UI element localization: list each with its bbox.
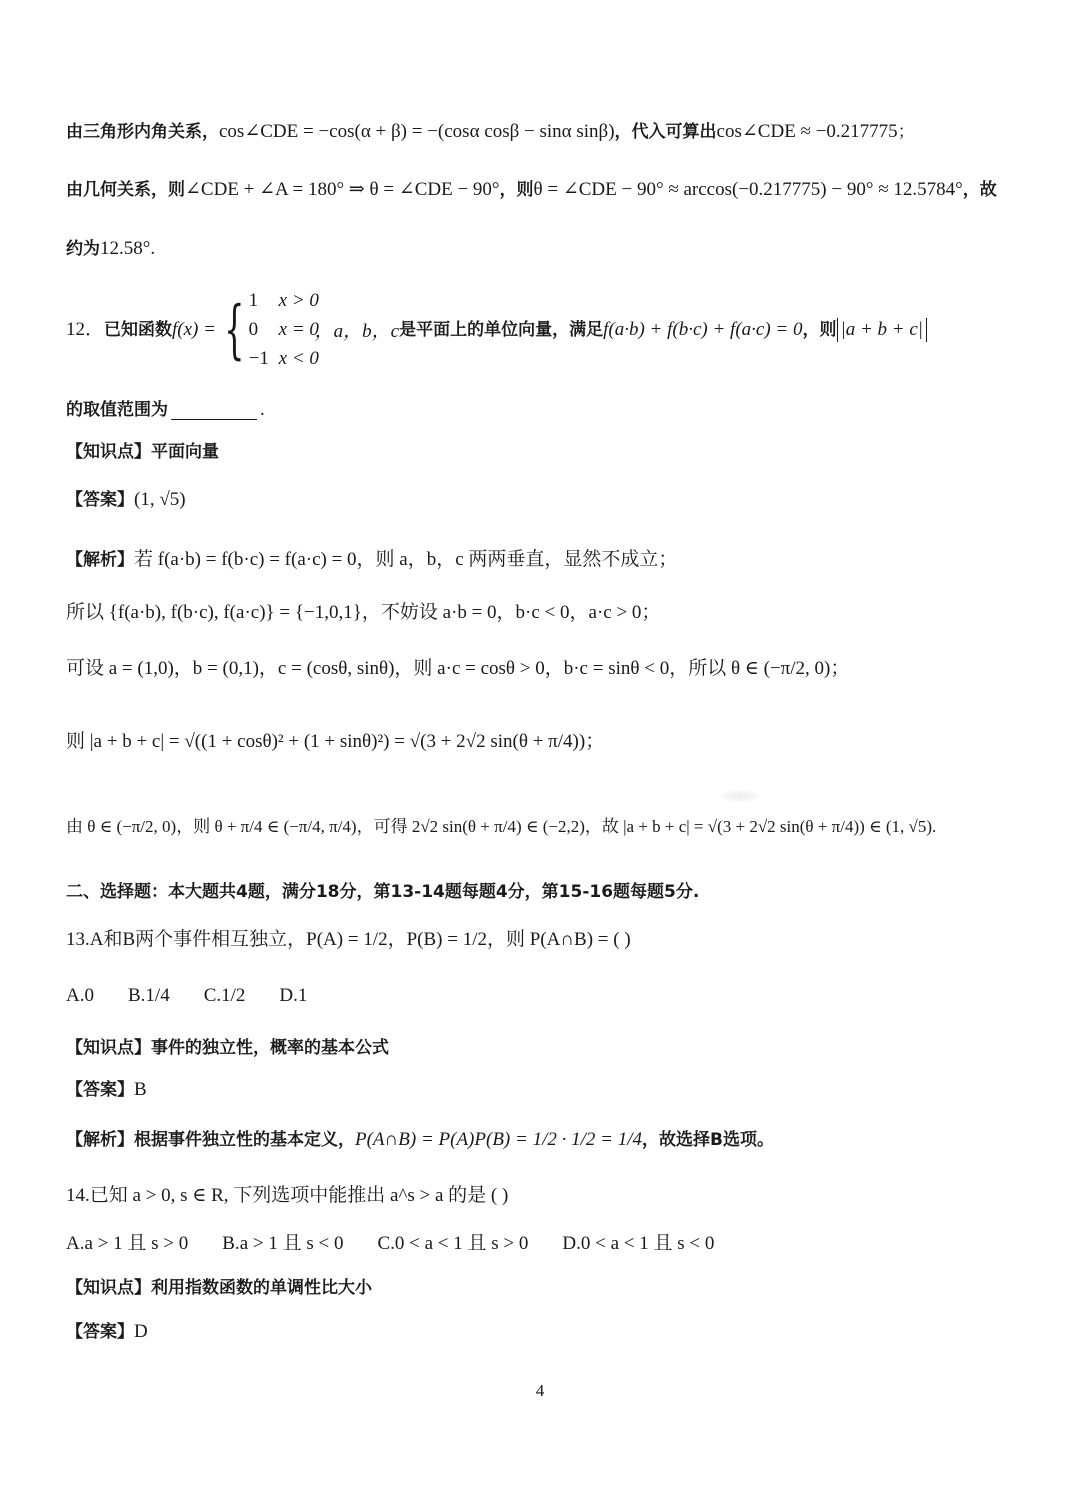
option-label: A. [66, 984, 84, 1008]
q12-answer: 【答案】 (1, √5) [66, 488, 186, 512]
answer-value: (1, √5) [134, 488, 186, 512]
option-label: D. [279, 984, 297, 1008]
formula: cos∠CDE ≈ −0.217775 [717, 120, 898, 144]
q13-answer: 【答案】 B [66, 1078, 147, 1102]
option-label: D. [562, 1232, 580, 1256]
q14-knowledge: 【知识点】 利用指数函数的单调性比大小 [66, 1276, 372, 1300]
question-text: 已知 a > 0, s ∈ R, 下列选项中能推出 a^s > a 的是 ( ) [90, 1184, 509, 1208]
option-value: 0 [84, 984, 94, 1008]
case-value: −1 [249, 347, 279, 371]
analysis-text: 可设 a = (1,0)，b = (0,1)，c = (cosθ, sinθ)，… [66, 657, 849, 681]
answer-blank [171, 401, 257, 420]
prev-solution-line-2: 由几何关系，则 ∠CDE + ∠A = 180° ⇒ θ = ∠CDE − 90… [66, 178, 997, 202]
option-value: 0 < a < 1 且 s > 0 [395, 1232, 528, 1256]
scan-smudge [720, 790, 760, 802]
formula: f(a·b) + f(b·c) + f(a·c) = 0 [603, 318, 802, 342]
option-value: 0 < a < 1 且 s < 0 [581, 1232, 714, 1256]
q12-analysis-5: 由 θ ∈ (−π/2, 0)，则 θ + π/4 ∈ (−π/4, π/4)，… [66, 815, 936, 839]
q12-knowledge: 【知识点】 平面向量 [66, 440, 219, 464]
question-number: 13. [66, 928, 90, 952]
question-text: A和B两个事件相互独立，P(A) = 1/2，P(B) = 1/2，则 P(A∩… [90, 928, 631, 952]
text: 已知函数 [104, 318, 172, 342]
answer-value: D [134, 1320, 148, 1344]
option-d: D.1 [279, 984, 307, 1008]
option-value: 1/4 [145, 984, 169, 1008]
prev-solution-line-1: 由三角形内角关系， cos∠CDE = −cos(α + β) = −(cosα… [66, 120, 915, 144]
formula: P(A∩B) = P(A)P(B) = 1/2 · 1/2 = 1/4 [355, 1128, 642, 1152]
q12-analysis-1: 【解析】 若 f(a·b) = f(b·c) = f(a·c) = 0，则 a，… [66, 548, 677, 572]
text: . [260, 398, 265, 422]
q12-analysis-2: 所以 {f(a·b), f(b·c), f(a·c)} = {−1,0,1}，不… [66, 601, 660, 625]
option-d: D.0 < a < 1 且 s < 0 [562, 1232, 714, 1256]
prev-solution-line-3: 约为 12.58° . [66, 237, 155, 261]
option-value: 1 [298, 984, 308, 1008]
case-value: 1 [249, 289, 279, 313]
text: . [150, 237, 155, 261]
analysis-text: 若 f(a·b) = f(b·c) = f(a·c) = 0，则 a，b，c 两… [134, 548, 677, 572]
formula: θ = ∠CDE − 90° ≈ arccos(−0.217775) − 90°… [534, 178, 963, 202]
text: 约为 [66, 237, 100, 261]
label: 【解析】 [66, 1128, 134, 1152]
question-number: 14. [66, 1184, 90, 1208]
option-label: C. [377, 1232, 394, 1256]
section-heading: 二、选择题：本大题共4题，满分18分，第13-14题每题4分，第15-16题每题… [66, 880, 699, 904]
q13-stem: 13. A和B两个事件相互独立，P(A) = 1/2，P(B) = 1/2，则 … [66, 928, 631, 952]
text: 事件的独立性，概率的基本公式 [151, 1036, 389, 1060]
label: 【答案】 [66, 1320, 134, 1344]
label: 【答案】 [66, 1078, 134, 1102]
section-title: 二、选择题：本大题共4题，满分18分，第13-14题每题4分，第15-16题每题… [66, 880, 699, 904]
option-b: B.a > 1 且 s < 0 [222, 1232, 343, 1256]
option-label: B. [222, 1232, 239, 1256]
label: 【知识点】 [66, 1036, 151, 1060]
text: 由几何关系，则 [66, 178, 185, 202]
q14-answer: 【答案】 D [66, 1320, 148, 1344]
option-value: a > 1 且 s < 0 [240, 1232, 344, 1256]
text: ，故 [963, 178, 997, 202]
case-value: 0 [249, 318, 279, 342]
text: ，代入可算出 [615, 120, 717, 144]
q13-analysis: 【解析】 根据事件独立性的基本定义， P(A∩B) = P(A)P(B) = 1… [66, 1128, 774, 1152]
q12-stem: 12． 已知函数 f(x) = { 1 x > 0 0 x = 0 −1 x <… [66, 288, 927, 372]
text: 根据事件独立性的基本定义， [134, 1128, 355, 1152]
formula: 12.58° [100, 237, 150, 261]
q14-options: A.a > 1 且 s > 0 B.a > 1 且 s < 0 C.0 < a … [66, 1232, 748, 1256]
q12-analysis-3: 可设 a = (1,0)，b = (0,1)，c = (cosθ, sinθ)，… [66, 657, 849, 681]
answer-value: B [134, 1078, 147, 1102]
formula: |a + b + c| [837, 318, 928, 342]
text: 是平面上的单位向量，满足 [399, 318, 603, 342]
formula: f(x) = [172, 318, 216, 342]
option-a: A.0 [66, 984, 94, 1008]
text: 的取值范围为 [66, 398, 168, 422]
page-number: 4 [0, 1381, 1080, 1401]
option-value: a > 1 且 s > 0 [84, 1232, 188, 1256]
option-label: A. [66, 1232, 84, 1256]
q12-analysis-4: 则 |a + b + c| = √((1 + cosθ)² + (1 + sin… [66, 730, 604, 754]
option-c: C.0 < a < 1 且 s > 0 [377, 1232, 528, 1256]
question-number: 12． [66, 318, 104, 342]
q12-stem-end: 的取值范围为 . [66, 398, 265, 422]
label: 【解析】 [66, 548, 134, 572]
left-brace-icon: { [224, 298, 244, 362]
q14-stem: 14. 已知 a > 0, s ∈ R, 下列选项中能推出 a^s > a 的是… [66, 1184, 508, 1208]
analysis-text: 则 |a + b + c| = √((1 + cosθ)² + (1 + sin… [66, 730, 604, 754]
text: ，则 [500, 178, 534, 202]
label: 【知识点】 [66, 1276, 151, 1300]
text: ，则 [803, 318, 837, 342]
text: 利用指数函数的单调性比大小 [151, 1276, 372, 1300]
option-label: B. [128, 984, 145, 1008]
option-a: A.a > 1 且 s > 0 [66, 1232, 188, 1256]
case-condition: x > 0 [279, 289, 349, 313]
analysis-text: 所以 {f(a·b), f(b·c), f(a·c)} = {−1,0,1}，不… [66, 601, 660, 625]
label: 【答案】 [66, 488, 134, 512]
option-b: B.1/4 [128, 984, 170, 1008]
text: ； [898, 120, 915, 144]
q13-knowledge: 【知识点】 事件的独立性，概率的基本公式 [66, 1036, 389, 1060]
formula: cos∠CDE = −cos(α + β) = −(cosα cosβ − si… [219, 120, 615, 144]
text: ，故选择B选项。 [642, 1128, 774, 1152]
vectors: ，a，b，c [315, 320, 399, 344]
q13-options: A.0 B.1/4 C.1/2 D.1 [66, 984, 341, 1008]
analysis-text: 由 θ ∈ (−π/2, 0)，则 θ + π/4 ∈ (−π/4, π/4)，… [66, 815, 936, 839]
option-label: C. [204, 984, 221, 1008]
label: 【知识点】 [66, 440, 151, 464]
option-c: C.1/2 [204, 984, 246, 1008]
formula: ∠CDE + ∠A = 180° ⇒ θ = ∠CDE − 90° [185, 178, 500, 202]
case-condition: x < 0 [279, 347, 349, 371]
option-value: 1/2 [221, 984, 245, 1008]
text: 平面向量 [151, 440, 219, 464]
text: 由三角形内角关系， [66, 120, 219, 144]
